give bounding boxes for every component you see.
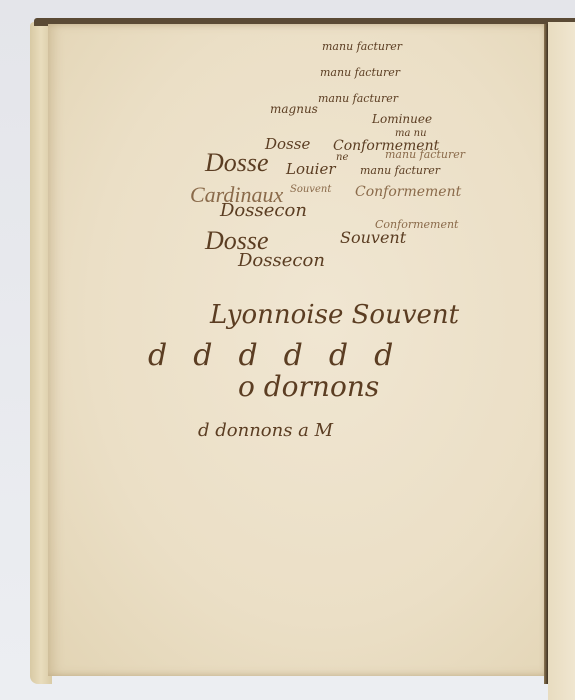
handwriting-line: Dossecon bbox=[238, 250, 325, 271]
handwriting-line: Louier bbox=[286, 160, 336, 178]
handwriting-line: magnus bbox=[270, 102, 318, 116]
handwriting-line: manu facturer bbox=[322, 40, 402, 53]
handwriting-line: Dosse bbox=[205, 148, 269, 178]
d-letter: d bbox=[238, 338, 283, 373]
d-practice-row: dddddd bbox=[148, 338, 419, 373]
d-letter: d bbox=[329, 338, 374, 373]
d-letter: d bbox=[374, 338, 419, 373]
d-letter: d bbox=[148, 338, 193, 373]
d-letter: d bbox=[193, 338, 238, 373]
d-letter: d bbox=[284, 338, 329, 373]
handwriting-line: manu facturer bbox=[320, 66, 400, 79]
handwriting-line: Souvent bbox=[290, 184, 331, 195]
handwriting-line: manu facturer bbox=[385, 148, 465, 161]
handwriting-line-donnons: o dornons bbox=[238, 370, 379, 403]
handwriting-line: Dossecon bbox=[220, 200, 307, 221]
facing-page-edge bbox=[548, 22, 575, 700]
handwriting-line-lyonnois: Lyonnoise Souvent bbox=[210, 300, 459, 330]
handwriting-line: Souvent bbox=[340, 228, 406, 247]
handwriting-line: manu facturer bbox=[318, 92, 398, 105]
handwriting-line: manu facturer bbox=[360, 164, 440, 177]
handwriting-line: Lominuee bbox=[372, 112, 432, 126]
handwriting-line: Conformement bbox=[355, 184, 461, 200]
handwriting-line: Dosse bbox=[265, 135, 310, 153]
handwriting-line-donnons-a: d donnons a M bbox=[198, 420, 333, 441]
handwriting-line: ne bbox=[336, 152, 348, 163]
